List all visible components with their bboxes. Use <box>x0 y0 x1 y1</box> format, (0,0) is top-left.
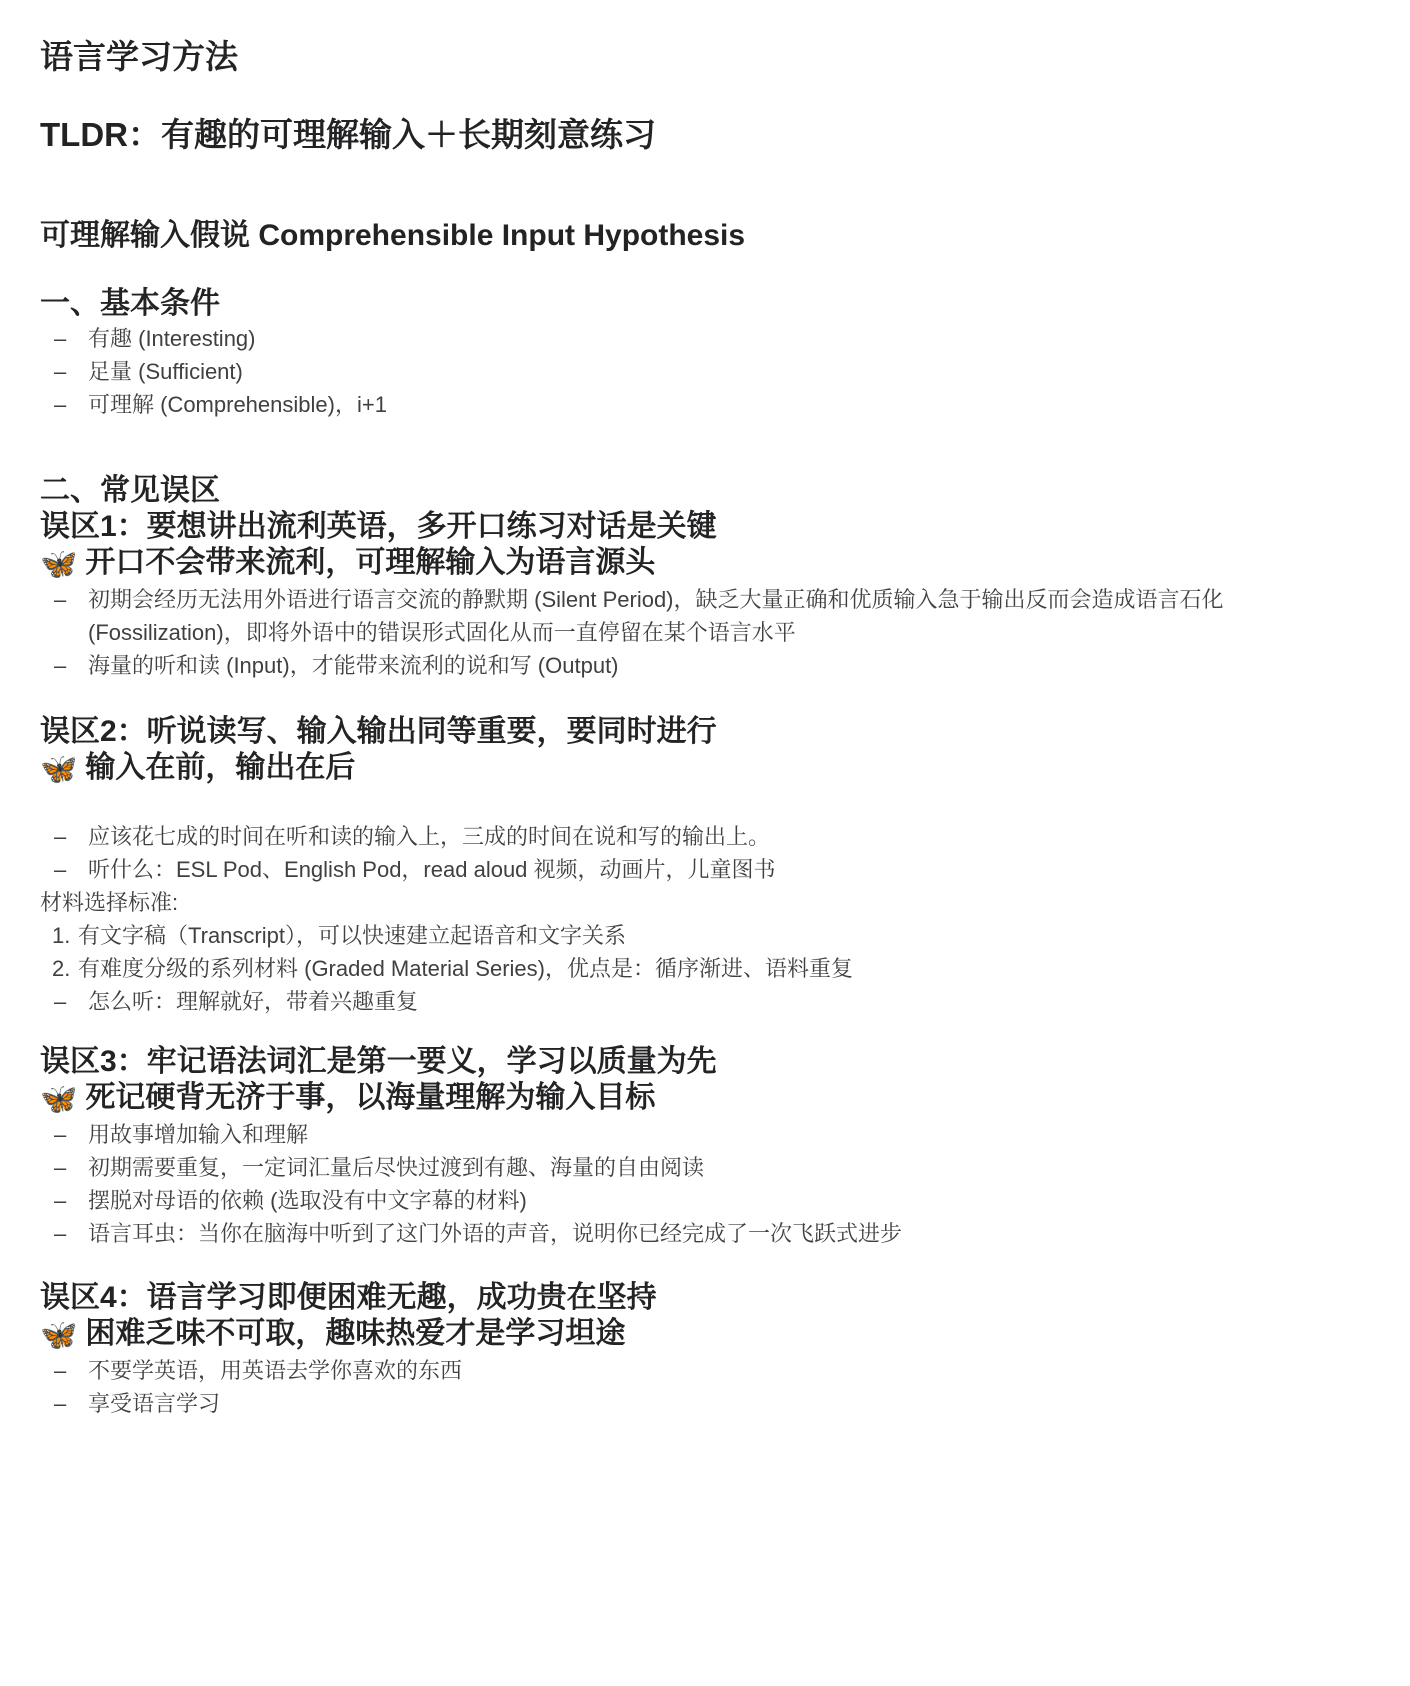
misconception-3-correction: 🦋死记硬背无济于事，以海量理解为输入目标 <box>40 1080 1370 1118</box>
list-item: – 不要学英语，用英语去学你喜欢的东西 <box>40 1354 1370 1387</box>
list-item-text: 摆脱对母语的依赖 (选取没有中文字幕的材料) <box>88 1188 527 1213</box>
list-item: – 有趣 (Interesting) <box>40 322 1370 355</box>
dash-bullet: – <box>54 649 66 682</box>
butterfly-emoji: 🦋 <box>40 1083 77 1116</box>
misconception-4-correction: 🦋困难乏味不可取，趣味热爱才是学习坦途 <box>40 1316 1370 1354</box>
numbered-item-text: 有文字稿（Transcript），可以快速建立起语音和文字关系 <box>78 923 626 948</box>
hypothesis-heading: 可理解输入假说 Comprehensible Input Hypothesis <box>40 218 1370 254</box>
misconception-4-heading-group: 误区4：语言学习即便困难无趣，成功贵在坚持 🦋困难乏味不可取，趣味热爱才是学习坦… <box>40 1280 1370 1354</box>
list-item-text: 初期会经历无法用外语进行语言交流的静默期 (Silent Period)，缺乏大… <box>88 587 1224 645</box>
document-page: 语言学习方法 TLDR：有趣的可理解输入＋长期刻意练习 可理解输入假说 Comp… <box>0 36 1410 1588</box>
list-item-text: 可理解 (Comprehensible)，i+1 <box>88 392 387 417</box>
misconception-2-title: 误区2：听说读写、输入输出同等重要，要同时进行 <box>40 714 1370 750</box>
dash-bullet: – <box>54 985 66 1018</box>
misconception-2-content: – 应该花七成的时间在听和读的输入上，三成的时间在说和写的输出上。 – 听什么：… <box>40 820 1370 1018</box>
misconception-3-title: 误区3：牢记语法词汇是第一要义，学习以质量为先 <box>40 1044 1370 1080</box>
misconception-2-heading-group: 误区2：听说读写、输入输出同等重要，要同时进行 🦋输入在前，输出在后 <box>40 714 1370 788</box>
item-number: 1. <box>52 919 70 952</box>
list-item: – 享受语言学习 <box>40 1387 1370 1420</box>
basics-list: – 有趣 (Interesting) – 足量 (Sufficient) – 可… <box>40 322 1370 421</box>
correction-text: 死记硬背无济于事，以海量理解为输入目标 <box>85 1081 655 1114</box>
list-item: – 语言耳虫：当你在脑海中听到了这门外语的声音，说明你已经完成了一次飞跃式进步 <box>40 1217 1370 1250</box>
correction-text: 开口不会带来流利，可理解输入为语言源头 <box>85 546 655 579</box>
misconception-2-correction: 🦋输入在前，输出在后 <box>40 750 1370 788</box>
list-item-text: 有趣 (Interesting) <box>88 326 256 351</box>
dash-bullet: – <box>54 1184 66 1217</box>
list-item-text: 语言耳虫：当你在脑海中听到了这门外语的声音，说明你已经完成了一次飞跃式进步 <box>88 1221 902 1246</box>
list-item-text: 不要学英语，用英语去学你喜欢的东西 <box>88 1358 462 1383</box>
dash-bullet: – <box>54 853 66 886</box>
misconception-3-list: – 用故事增加输入和理解 – 初期需要重复，一定词汇量后尽快过渡到有趣、海量的自… <box>40 1118 1370 1250</box>
page-title: 语言学习方法 <box>40 36 1370 78</box>
misconception-1-correction: 🦋开口不会带来流利，可理解输入为语言源头 <box>40 545 1370 583</box>
list-item: – 可理解 (Comprehensible)，i+1 <box>40 388 1370 421</box>
dash-bullet: – <box>54 322 66 355</box>
butterfly-emoji: 🦋 <box>40 753 77 786</box>
dash-bullet: – <box>54 1217 66 1250</box>
dash-bullet: – <box>54 583 66 616</box>
butterfly-emoji: 🦋 <box>40 548 77 581</box>
basics-heading: 一、基本条件 <box>40 286 1370 322</box>
misconception-4-title: 误区4：语言学习即便困难无趣，成功贵在坚持 <box>40 1280 1370 1316</box>
list-item: – 怎么听：理解就好，带着兴趣重复 <box>40 985 1370 1018</box>
materials-criteria-label: 材料选择标准: <box>40 886 1370 919</box>
dash-bullet: – <box>54 355 66 388</box>
item-number: 2. <box>52 952 70 985</box>
list-item: – 听什么：ESL Pod、English Pod，read aloud 视频，… <box>40 853 1370 886</box>
misconception-1-heading-group: 二、常见误区 误区1：要想讲出流利英语，多开口练习对话是关键 🦋开口不会带来流利… <box>40 473 1370 583</box>
list-item-text: 享受语言学习 <box>88 1391 220 1416</box>
list-item: – 初期会经历无法用外语进行语言交流的静默期 (Silent Period)，缺… <box>40 583 1370 649</box>
list-item-text: 足量 (Sufficient) <box>88 359 243 384</box>
list-item: – 海量的听和读 (Input)，才能带来流利的说和写 (Output) <box>40 649 1370 682</box>
list-item-text: 应该花七成的时间在听和读的输入上，三成的时间在说和写的输出上。 <box>88 824 770 849</box>
list-item: – 应该花七成的时间在听和读的输入上，三成的时间在说和写的输出上。 <box>40 820 1370 853</box>
correction-text: 困难乏味不可取，趣味热爱才是学习坦途 <box>85 1317 625 1350</box>
misconception-2-list: – 应该花七成的时间在听和读的输入上，三成的时间在说和写的输出上。 – 听什么：… <box>40 820 1370 886</box>
misconception-1-title: 误区1：要想讲出流利英语，多开口练习对话是关键 <box>40 509 1370 545</box>
tldr-heading: TLDR：有趣的可理解输入＋长期刻意练习 <box>40 114 1370 156</box>
misconception-2-list-2: – 怎么听：理解就好，带着兴趣重复 <box>40 985 1370 1018</box>
dash-bullet: – <box>54 1151 66 1184</box>
list-item-text: 怎么听：理解就好，带着兴趣重复 <box>88 989 418 1014</box>
misconception-1-list: – 初期会经历无法用外语进行语言交流的静默期 (Silent Period)，缺… <box>40 583 1370 682</box>
numbered-item: 1. 有文字稿（Transcript），可以快速建立起语音和文字关系 <box>40 919 1370 952</box>
list-item-text: 海量的听和读 (Input)，才能带来流利的说和写 (Output) <box>88 653 619 678</box>
list-item: – 初期需要重复，一定词汇量后尽快过渡到有趣、海量的自由阅读 <box>40 1151 1370 1184</box>
misconceptions-heading: 二、常见误区 <box>40 473 1370 509</box>
list-item-text: 初期需要重复，一定词汇量后尽快过渡到有趣、海量的自由阅读 <box>88 1155 704 1180</box>
dash-bullet: – <box>54 388 66 421</box>
list-item-text: 用故事增加输入和理解 <box>88 1122 308 1147</box>
butterfly-emoji: 🦋 <box>40 1319 77 1352</box>
dash-bullet: – <box>54 1354 66 1387</box>
dash-bullet: – <box>54 820 66 853</box>
list-item: – 用故事增加输入和理解 <box>40 1118 1370 1151</box>
misconception-4-list: – 不要学英语，用英语去学你喜欢的东西 – 享受语言学习 <box>40 1354 1370 1420</box>
numbered-item: 2. 有难度分级的系列材料 (Graded Material Series)，优… <box>40 952 1370 985</box>
numbered-item-text: 有难度分级的系列材料 (Graded Material Series)，优点是：… <box>78 956 853 981</box>
misconception-3-heading-group: 误区3：牢记语法词汇是第一要义，学习以质量为先 🦋死记硬背无济于事，以海量理解为… <box>40 1044 1370 1118</box>
list-item: – 足量 (Sufficient) <box>40 355 1370 388</box>
dash-bullet: – <box>54 1387 66 1420</box>
list-item: – 摆脱对母语的依赖 (选取没有中文字幕的材料) <box>40 1184 1370 1217</box>
correction-text: 输入在前，输出在后 <box>85 751 355 784</box>
dash-bullet: – <box>54 1118 66 1151</box>
list-item-text: 听什么：ESL Pod、English Pod，read aloud 视频，动画… <box>88 857 776 882</box>
